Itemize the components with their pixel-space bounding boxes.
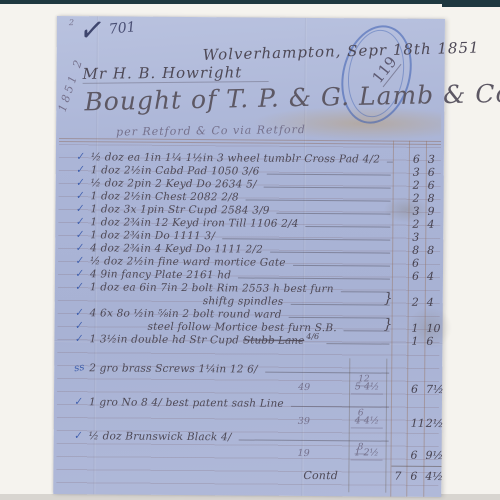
- amount-pence: 4: [427, 297, 434, 309]
- amount-shillings: 6: [410, 471, 417, 483]
- amount-shillings: 3: [413, 167, 420, 179]
- filler-line: [306, 226, 391, 228]
- pencil-subtotal: 12: [355, 373, 373, 386]
- filler-line: [222, 238, 390, 240]
- filler-line: [267, 174, 391, 176]
- struck-out-text: Stubb Lane: [243, 334, 304, 346]
- amount-shillings: 3: [412, 232, 419, 244]
- tick-mark: ✓: [73, 429, 90, 443]
- line-item-row: ✓½ doz Brunswick Black 4/ 8: [54, 429, 391, 445]
- amount-pence: 4: [427, 271, 434, 283]
- filler-line: [291, 406, 389, 408]
- filler-line: [341, 291, 390, 292]
- pencil-calculation: 19: [298, 448, 310, 460]
- filler-line: [289, 317, 390, 319]
- line-item-row: 191 2½69½: [54, 446, 391, 462]
- tick-mark: ss: [73, 361, 90, 375]
- amount-shillings: 2: [412, 219, 419, 231]
- bought-of-heading: Bought of T. P. & G. Lamb & Co: [84, 80, 451, 116]
- place-and-date: Wolverhampton, Sepr 18th 1851: [203, 38, 480, 63]
- amount-shillings: 1: [411, 336, 418, 348]
- filler-line: [293, 265, 390, 267]
- customer-name: Mr H. B. Howright: [82, 63, 268, 84]
- item-description: 1 gro No 8 4/ best patent sash Line: [89, 396, 284, 410]
- item-description: shiftg spindles: [203, 295, 284, 308]
- amount-pence: 8: [428, 193, 435, 205]
- amount-pence: 8: [427, 245, 434, 257]
- amount-pence: 2½: [426, 418, 444, 430]
- amount-pence: 9: [427, 206, 434, 218]
- amount-shillings: 6: [411, 450, 418, 462]
- amount-pounds: 7: [394, 471, 401, 483]
- pencil-calculation: 39: [298, 416, 310, 428]
- amount-pence: 9½: [426, 450, 444, 462]
- price-note: 4/6: [306, 331, 319, 343]
- line-item-row: 394 4½112½: [54, 414, 391, 430]
- line-items: ✓½ doz ea 1in 1¼ 1½in 3 wheel tumblr Cro…: [53, 150, 393, 483]
- amount-shillings: 2: [413, 180, 420, 192]
- filler-line: [270, 252, 390, 254]
- item-description: 4 9in fancy Plate 2161 hd: [90, 268, 231, 281]
- line-item-row: ✓1 gro No 8 4/ best patent sash Line 6: [54, 395, 391, 411]
- pencil-subtotal: 6: [355, 407, 367, 420]
- item-description: ½ doz Brunswick Black 4/: [89, 430, 232, 443]
- amount-pence: 4: [427, 219, 434, 231]
- corner-number: 2: [69, 18, 74, 27]
- amount-pence: 10: [427, 323, 441, 335]
- amount-pence: 6: [428, 180, 435, 192]
- item-description: 1 3½in double hd Str Cupd: [89, 333, 239, 346]
- brace-mark: }: [384, 293, 393, 305]
- amount-shillings: 8: [412, 245, 419, 257]
- pencil-calculation: 49: [298, 382, 310, 394]
- pencil-subtotal: 8: [355, 441, 367, 454]
- filler-line: [238, 277, 390, 279]
- filler-line: [387, 162, 393, 163]
- pencil-reference-number: 701: [108, 19, 136, 38]
- amount-pence: 6: [426, 336, 433, 348]
- photo-of-invoice: { "colors":{ "photo-bg":"#f5f3ee", "top-…: [0, 0, 500, 500]
- filler-line: [246, 199, 391, 201]
- amount-shillings: 2: [412, 297, 419, 309]
- line-item-row: ✓1 3½in double hd Str CupdStubb Lane4/6 …: [54, 332, 391, 348]
- line-item-row: ss2 gro brass Screws 1¼in 12 6/ 12: [54, 361, 391, 377]
- filing-number: 1851 2: [56, 56, 86, 114]
- amount-pence: 4½: [425, 471, 443, 483]
- item-description: 1 doz 2¾in Do 1111 3/: [90, 229, 215, 242]
- tick-mark: ✓: [73, 395, 90, 409]
- amount-shillings: 1: [412, 323, 419, 335]
- amount-shillings: 11: [411, 418, 425, 430]
- filler-line: [264, 187, 391, 189]
- invoice-paper: 2 701 ✓ 1851 2 119 Wolverhampton, Sepr 1…: [53, 16, 445, 497]
- amount-shillings: 3: [412, 206, 419, 218]
- brace-mark: }: [384, 319, 393, 331]
- filler-line: [277, 213, 391, 215]
- item-description: 2 gro brass Screws 1¼in 12 6/: [89, 362, 258, 375]
- filler-line: [326, 343, 389, 344]
- filler-line: [290, 304, 389, 306]
- photo-top-band: [0, 0, 500, 4]
- amount-pence: 3: [428, 154, 435, 166]
- photo-top-band-corner: [442, 0, 500, 7]
- carried-forward-row: Contd764½: [53, 467, 390, 483]
- amount-shillings: 6: [411, 384, 418, 396]
- amount-shillings: 6: [412, 271, 419, 283]
- check-flourish-mark: ✓: [76, 9, 107, 54]
- carried-forward-label: Contd: [303, 470, 338, 482]
- line-item-row: 495 4½67½: [54, 380, 391, 396]
- amount-shillings: 2: [413, 193, 420, 205]
- address-line: per Retford & Co via Retford: [116, 123, 306, 138]
- amount-shillings: 6: [412, 258, 419, 270]
- amount-pence: 6: [428, 167, 435, 179]
- amount-shillings: 6: [413, 154, 420, 166]
- tick-mark: ✓: [74, 332, 91, 346]
- amount-pence: 7½: [426, 384, 444, 396]
